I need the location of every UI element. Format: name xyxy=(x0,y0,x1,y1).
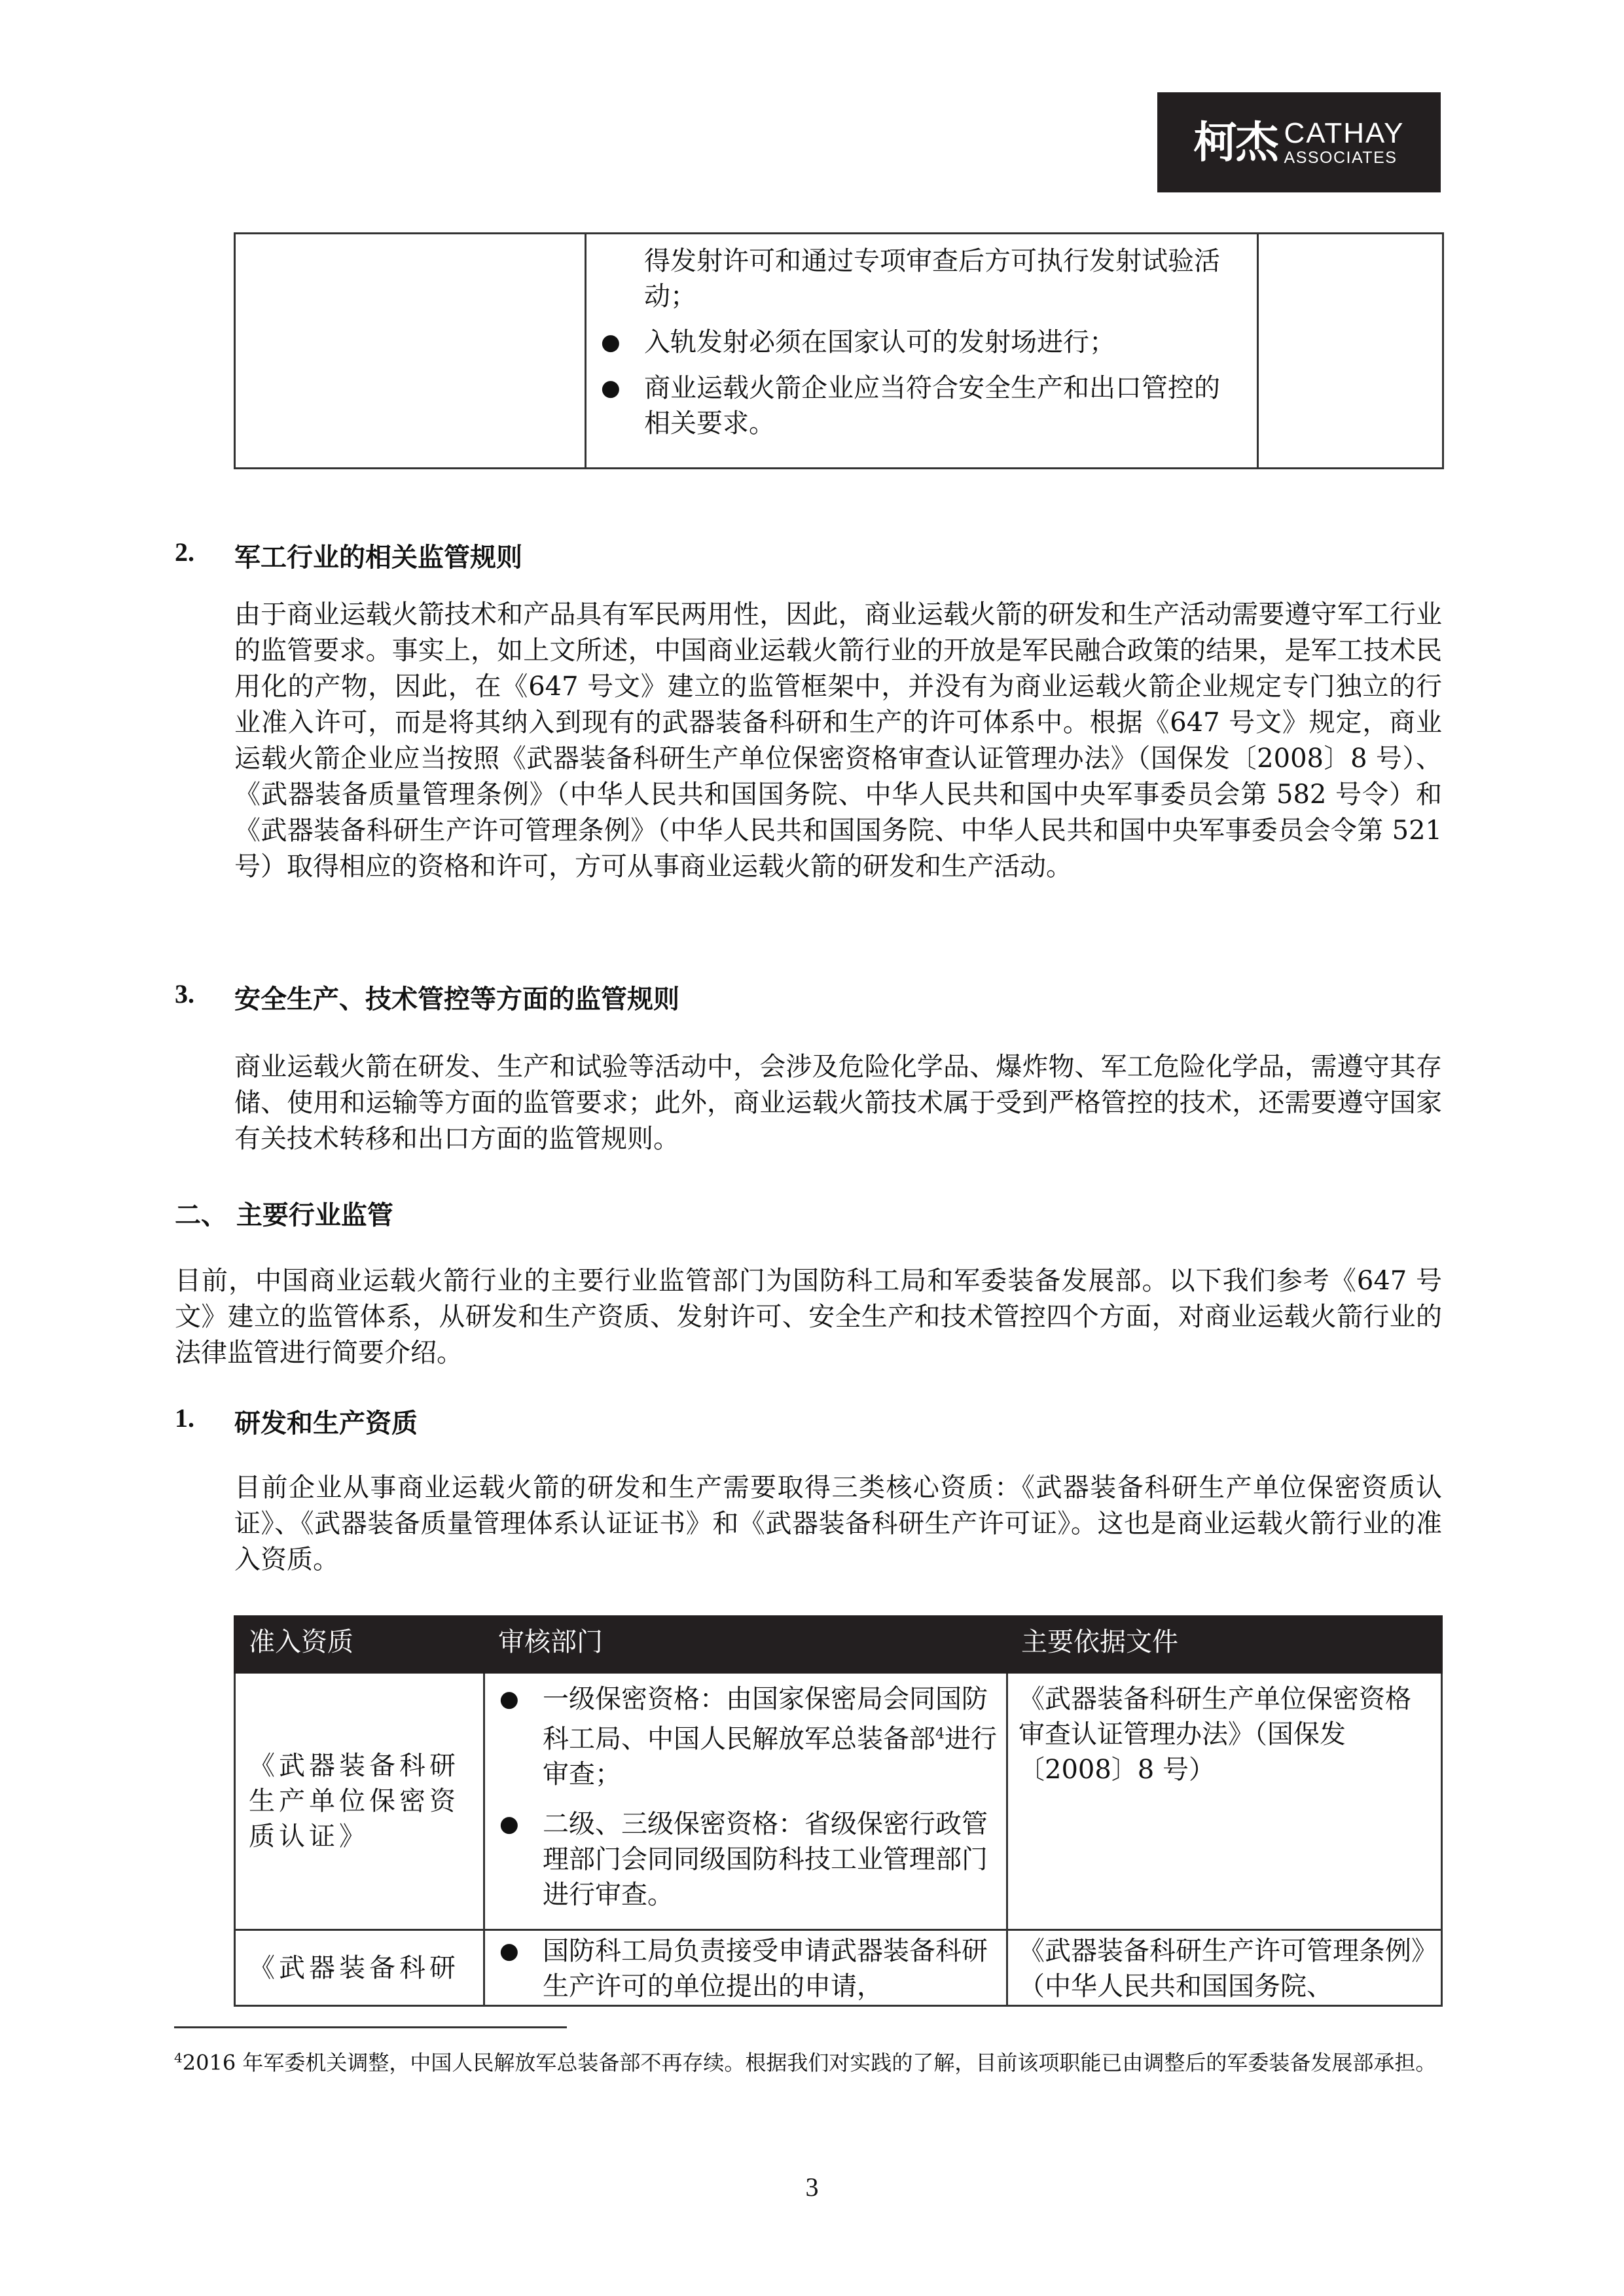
cell-qualification: 《武器装备科研生产单位保密资质认证》 xyxy=(235,1673,484,1930)
footnote-separator xyxy=(174,2026,567,2028)
bullet-icon: ● xyxy=(485,1933,543,2004)
list-item: ● 国防科工局负责接受申请武器装备科研生产许可的单位提出的申请， xyxy=(485,1933,997,2004)
section-title-1: 研发和生产资质 xyxy=(234,1403,418,1440)
cell-basis-document: 《武器装备科研生产单位保密资格审查认证管理办法》（国保发〔2008〕8 号） xyxy=(1007,1673,1442,1930)
column-header-review-department: 审核部门 xyxy=(484,1617,1007,1673)
section-number: 1. xyxy=(175,1403,194,1433)
cathay-associates-logo: 柯杰 CATHAY ASSOCIATES xyxy=(1157,92,1441,192)
footnote-text: 2016 年军委机关调整，中国人民解放军总装备部不再存续。根据我们对实践的了解，… xyxy=(183,2051,1437,2075)
bullet-icon: ● xyxy=(485,1806,543,1912)
section-body-3: 商业运载火箭在研发、生产和试验等活动中，会涉及危险化学品、爆炸物、军工危险化学品… xyxy=(234,1049,1442,1157)
cell-review-department: ● 一级保密资格：由国家保密局会同国防科工局、中国人民解放军总装备部4进行审查；… xyxy=(484,1673,1007,1930)
logo-chinese-name: 柯杰 xyxy=(1194,121,1278,164)
qualification-table: 准入资质 审核部门 主要依据文件 《武器装备科研生产单位保密资质认证》 ● 一级… xyxy=(234,1615,1443,2007)
list-item: ● 二级、三级保密资格：省级保密行政管理部门会同同级国防科技工业管理部门进行审查… xyxy=(485,1806,997,1912)
footnote-4: 42016 年军委机关调整，中国人民解放军总装备部不再存续。根据我们对实践的了解… xyxy=(174,2042,1444,2079)
column-header-qualification: 准入资质 xyxy=(235,1617,484,1673)
section-number: 2. xyxy=(175,537,194,567)
table-header-row: 准入资质 审核部门 主要依据文件 xyxy=(235,1617,1442,1673)
cell-qualification: 《武器装备科研 xyxy=(235,1930,484,2006)
part-title-main-regulation: 二、 主要行业监管 xyxy=(175,1194,393,1232)
section-title-2: 军工行业的相关监管规则 xyxy=(234,537,522,574)
section-body-2: 由于商业运载火箭技术和产品具有军民两用性，因此，商业运载火箭的研发和生产活动需要… xyxy=(234,597,1442,885)
page-number: 3 xyxy=(0,2172,1624,2202)
section-heading-2: 2. xyxy=(175,537,194,567)
bullet-icon: ● xyxy=(586,325,644,360)
table-cell-basis-empty xyxy=(1258,234,1443,469)
launch-permit-table-continued: 得发射许可和通过专项审查后方可执行发射试验活动； ● 入轨发射必须在国家认可的发… xyxy=(234,232,1444,469)
cell-basis-document: 《武器装备科研生产许可管理条例》（中华人民共和国国务院、 xyxy=(1007,1930,1442,2006)
table-row: 《武器装备科研 ● 国防科工局负责接受申请武器装备科研生产许可的单位提出的申请，… xyxy=(235,1930,1442,2006)
table-row: 《武器装备科研生产单位保密资质认证》 ● 一级保密资格：由国家保密局会同国防科工… xyxy=(235,1673,1442,1930)
table-cell-qualification-empty xyxy=(235,234,586,469)
list-item-continued: 得发射许可和通过专项审查后方可执行发射试验活动； xyxy=(586,243,1244,314)
section-heading-3: 3. xyxy=(175,978,194,1009)
section-body-1: 目前企业从事商业运载火箭的研发和生产需要取得三类核心资质：《武器装备科研生产单位… xyxy=(234,1470,1442,1578)
section-heading-1: 1. xyxy=(175,1403,194,1433)
table-cell-requirements: 得发射许可和通过专项审查后方可执行发射试验活动； ● 入轨发射必须在国家认可的发… xyxy=(586,234,1258,469)
logo-line-cathay: CATHAY xyxy=(1284,119,1405,148)
bullet-icon: ● xyxy=(586,370,644,441)
footnote-marker: 4 xyxy=(174,2050,183,2066)
column-header-basis-documents: 主要依据文件 xyxy=(1007,1617,1442,1673)
logo-line-associates: ASSOCIATES xyxy=(1284,150,1405,166)
cell-review-department: ● 国防科工局负责接受申请武器装备科研生产许可的单位提出的申请， xyxy=(484,1930,1007,2006)
footnote-ref-4[interactable]: 4 xyxy=(935,1726,945,1742)
list-item: ● 商业运载火箭企业应当符合安全生产和出口管控的相关要求。 xyxy=(586,370,1244,441)
continued-text: 得发射许可和通过专项审查后方可执行发射试验活动； xyxy=(644,243,1244,314)
list-item: ● 一级保密资格：由国家保密局会同国防科工局、中国人民解放军总装备部4进行审查； xyxy=(485,1681,997,1792)
logo-english-name: CATHAY ASSOCIATES xyxy=(1284,119,1405,166)
section-title-3: 安全生产、技术管控等方面的监管规则 xyxy=(234,978,679,1016)
part-body-main-regulation: 目前，中国商业运载火箭行业的主要行业监管部门为国防科工局和军委装备发展部。以下我… xyxy=(175,1263,1442,1371)
list-item: ● 入轨发射必须在国家认可的发射场进行； xyxy=(586,325,1244,360)
bullet-icon: ● xyxy=(485,1681,543,1792)
section-number: 3. xyxy=(175,979,194,1009)
